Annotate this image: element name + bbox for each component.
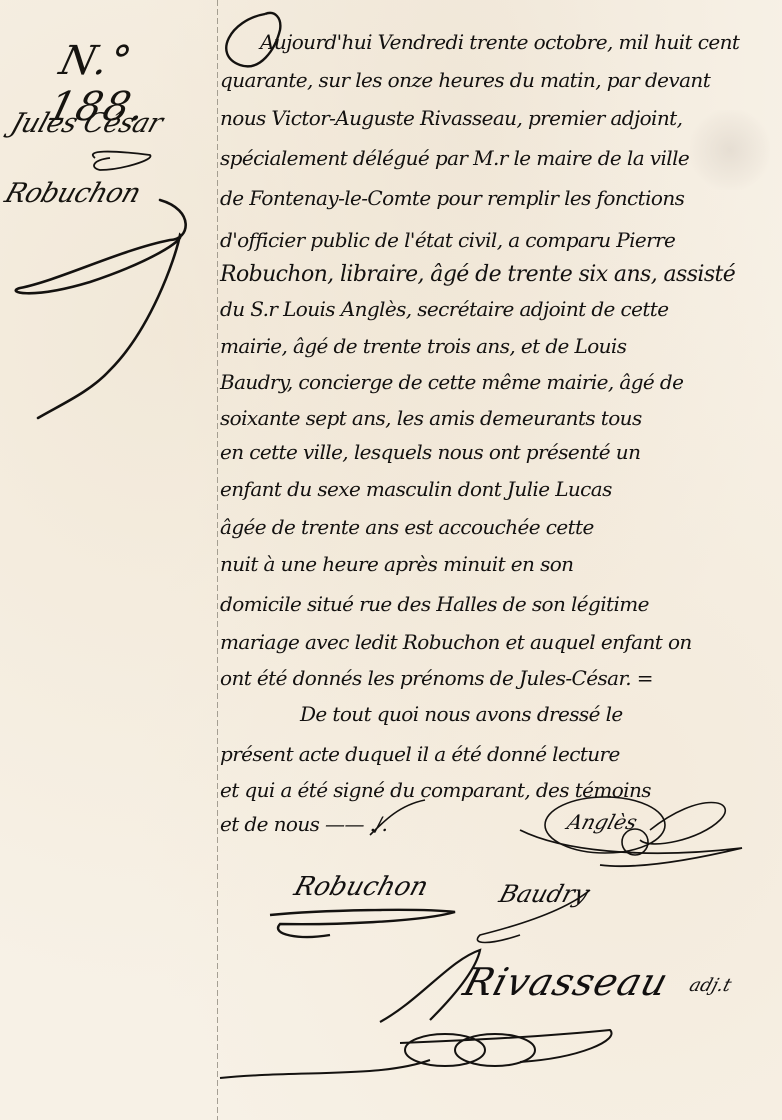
record-line-14: âgée de trente ans est accouchée cette — [220, 515, 594, 539]
record-line-4: spécialement délégué par M.r le maire de… — [220, 146, 689, 170]
signature-angles: Anglès — [565, 810, 641, 834]
signature-rivasseau: Rivasseau — [459, 960, 674, 1004]
record-line-5: de Fontenay-le-Comte pour remplir les fo… — [220, 186, 684, 210]
record-line-12: en cette ville, lesquels nous ont présen… — [220, 440, 640, 464]
record-line-17: mariage avec ledit Robuchon et auquel en… — [220, 630, 692, 654]
signature-baudry: Baudry — [496, 880, 592, 908]
margin-annotation: N.° 188. Jules César Robuchon — [0, 0, 215, 420]
record-line-22: et de nous —— ./. — [220, 812, 387, 836]
record-line-19: De tout quoi nous avons dressé le — [300, 702, 623, 726]
record-line-9: mairie, âgé de trente trois ans, et de L… — [220, 334, 626, 358]
record-line-8: du S.r Louis Anglès, secrétaire adjoint … — [220, 297, 668, 321]
record-line-6: d'officier public de l'état civil, a com… — [220, 228, 675, 252]
margin-given-name: Jules César — [7, 108, 166, 139]
record-line-10: Baudry, concierge de cette même mairie, … — [220, 370, 683, 394]
civil-record-page: N.° 188. Jules César Robuchon Aujourd'hu… — [0, 0, 782, 1120]
signature-rivasseau-title: adj.t — [687, 975, 734, 996]
record-line-20: présent acte duquel il a été donné lectu… — [220, 742, 620, 766]
record-line-13: enfant du sexe masculin dont Julie Lucas — [220, 477, 612, 501]
record-line-3: nous Victor-Auguste Rivasseau, premier a… — [220, 106, 682, 130]
record-line-1: Aujourd'hui Vendredi trente octobre, mil… — [260, 30, 739, 54]
margin-surname: Robuchon — [1, 178, 144, 209]
record-line-15: nuit à une heure après minuit en son — [220, 552, 573, 576]
record-line-2: quarante, sur les onze heures du matin, … — [220, 68, 710, 92]
margin-rule — [217, 0, 218, 1120]
signature-robuchon: Robuchon — [291, 872, 432, 902]
record-line-7: Robuchon, libraire, âgé de trente six an… — [220, 262, 735, 287]
record-line-16: domicile situé rue des Halles de son lég… — [220, 592, 649, 616]
record-line-11: soixante sept ans, les amis demeurants t… — [220, 406, 642, 430]
record-line-18: ont été donnés les prénoms de Jules-Césa… — [220, 666, 653, 690]
record-line-21: et qui a été signé du comparant, des tém… — [220, 778, 651, 802]
faded-tax-stamp — [690, 110, 770, 190]
